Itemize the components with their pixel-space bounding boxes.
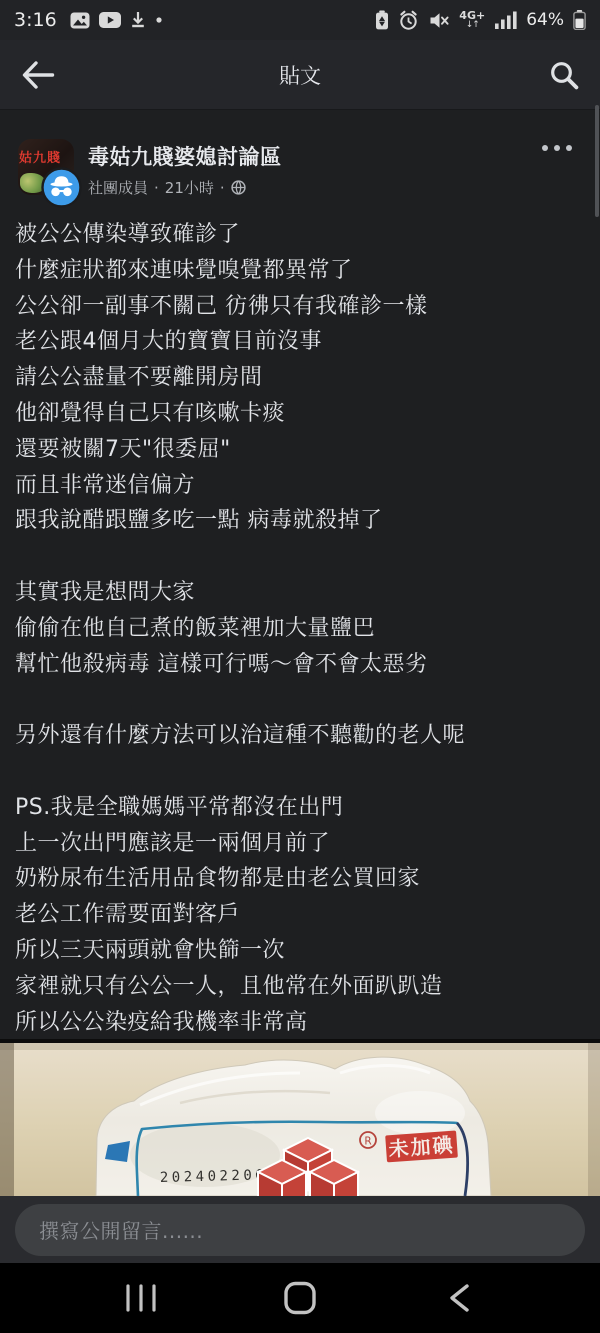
post-text-line: [15, 539, 587, 575]
post-photo-salt-bag[interactable]: 20240220G2: [0, 1043, 600, 1196]
clock-text: 3:16: [14, 9, 57, 31]
post-text-line: [15, 754, 587, 790]
status-bar: 3:16 4G+ ↓↑ 64%: [0, 0, 600, 40]
post-options-icon[interactable]: [536, 139, 578, 157]
search-icon[interactable]: [548, 58, 582, 92]
post-time: 21小時: [165, 177, 214, 198]
post-text-line: 而且非常迷信偏方: [15, 468, 587, 504]
globe-icon: [231, 180, 246, 195]
meta-dot: ·: [220, 179, 225, 197]
post-text-line: 老公跟4個月大的寶寶目前沒事: [15, 324, 587, 360]
alarm-icon: [398, 10, 419, 31]
svg-text:未加碘: 未加碘: [388, 1133, 456, 1162]
page-title: 貼文: [0, 60, 600, 90]
youtube-icon: [99, 12, 121, 28]
meta-dot: ·: [154, 179, 159, 197]
post-text-line: PS.我是全職媽媽平常都沒在出門: [15, 790, 587, 826]
post-text-line: 幫忙他殺病毒 這樣可行嗎～會不會太惡劣: [15, 647, 587, 683]
android-nav-bar: [0, 1263, 600, 1333]
signal-icon: [495, 11, 517, 29]
post-text-line: 上一次出門應該是一兩個月前了: [15, 826, 587, 862]
svg-text:R: R: [364, 1136, 371, 1148]
post-text-line: 所以三天兩頭就會快篩一次: [15, 933, 587, 969]
post-text-line: 什麼症狀都來連味覺嗅覺都異常了: [15, 253, 587, 289]
notification-dot-icon: [155, 16, 163, 24]
mute-icon: [428, 11, 449, 30]
battery-percent-text: 64%: [526, 10, 564, 30]
comment-bar: 撰寫公開留言......: [0, 1196, 600, 1263]
comment-placeholder: 撰寫公開留言......: [39, 1215, 203, 1244]
post-text-line: 其實我是想問大家: [15, 575, 587, 611]
gallery-icon: [70, 12, 90, 29]
home-button[interactable]: [276, 1274, 324, 1322]
avatar-label: 姑九賤: [19, 147, 61, 166]
post-text-line: 請公公盡量不要離開房間: [15, 360, 587, 396]
group-name[interactable]: 毒姑九賤婆媳討論區: [88, 141, 282, 171]
post-text-line: [15, 682, 587, 718]
post-text-line: 偷偷在他自己煮的飯菜裡加大量鹽巴: [15, 611, 587, 647]
post-text-line: 老公工作需要面對客戶: [15, 897, 587, 933]
post-meta: 社團成員 · 21小時 ·: [88, 177, 246, 198]
battery-saver-icon: [375, 10, 389, 30]
post-text-line: 公公卻一副事不關己 彷彿只有我確診一樣: [15, 289, 587, 325]
post-text-line: 家裡就只有公公一人，且他常在外面趴趴造: [15, 969, 587, 1005]
back-button[interactable]: [20, 58, 60, 92]
post-body-text: 被公公傳染導致確診了什麼症狀都來連味覺嗅覺都異常了公公卻一副事不關己 彷彿只有我…: [15, 217, 587, 1040]
post-card: 姑九賤 毒姑九賤婆媳討論區 社團成員 · 21小時 ·: [0, 111, 600, 1039]
scrollbar[interactable]: [595, 105, 599, 217]
post-text-line: 所以公公染疫給我機率非常高: [15, 1005, 587, 1041]
recents-button[interactable]: [117, 1274, 165, 1322]
top-nav-bar: 貼文: [0, 40, 600, 110]
network-4g-icon: 4G+ ↓↑: [459, 10, 485, 30]
battery-icon: [573, 10, 586, 30]
post-text-line: 被公公傳染導致確診了: [15, 217, 587, 253]
anonymous-member-icon: [41, 167, 82, 208]
facebook-post-screen: 3:16 4G+ ↓↑ 64%: [0, 0, 600, 1333]
download-icon: [130, 11, 146, 30]
comment-input[interactable]: 撰寫公開留言......: [15, 1204, 585, 1256]
back-nav-button[interactable]: [435, 1274, 483, 1322]
post-text-line: 跟我說醋跟鹽多吃一點 病毒就殺掉了: [15, 503, 587, 539]
member-label: 社團成員: [88, 177, 148, 198]
post-text-line: 奶粉尿布生活用品食物都是由老公買回家: [15, 861, 587, 897]
post-text-line: 還要被關7天"很委屈": [15, 432, 587, 468]
post-text-line: 他卻覺得自己只有咳嗽卡痰: [15, 396, 587, 432]
post-text-line: 另外還有什麼方法可以治這種不聽勸的老人呢: [15, 718, 587, 754]
no-iodine-label: 未加碘: [385, 1131, 458, 1163]
